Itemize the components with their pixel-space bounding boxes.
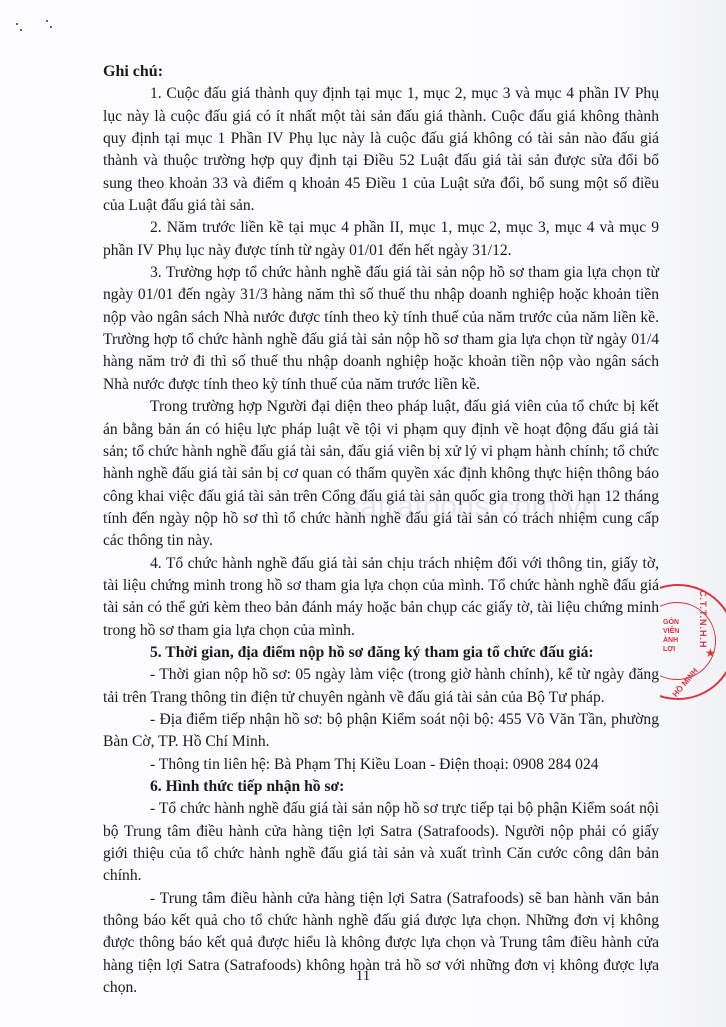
notes-heading: Ghi chú: [103,61,659,83]
stamp-inner-text: GÒN VIÊN ÀNH LỢI [663,618,679,654]
stamp-line: GÒN [663,618,679,627]
section-5-contact: - Thông tin liên hệ: Bà Phạm Thị Kiều Lo… [103,754,659,776]
note-3-continuation: Trong trường hợp Người đại diện theo phá… [103,396,659,552]
page-number: 11 [0,968,726,985]
stamp-line: LỢI [663,645,679,654]
section-6-title: 6. Hình thức tiếp nhận hồ sơ: [103,776,659,798]
section-5-submission-location: - Địa điểm tiếp nhận hồ sơ: bộ phận Kiểm… [103,709,659,754]
stamp-outer-text: C.T.T.N.H.H [698,590,708,649]
star-icon: ★ [705,646,716,661]
company-seal-stamp: C.T.T.N.H.H GÒN VIÊN ÀNH LỢI ★ HỒ MINH [660,582,726,706]
section-6-direct-submission: - Tổ chức hành nghề đấu giá tài sản nộp … [103,798,659,887]
document-body: Ghi chú: 1. Cuộc đấu giá thành quy định … [103,61,659,999]
scan-specks [16,20,56,34]
note-1: 1. Cuộc đấu giá thành quy định tại mục 1… [103,83,659,217]
section-5-submission-time: - Thời gian nộp hồ sơ: 05 ngày làm việc … [103,664,659,709]
section-5-title: 5. Thời gian, địa điểm nộp hồ sơ đăng ký… [103,642,659,664]
stamp-line: ÀNH [663,636,679,645]
stamp-line: VIÊN [663,627,679,636]
note-4: 4. Tổ chức hành nghề đấu giá tài sản chị… [103,553,659,642]
note-3: 3. Trường hợp tổ chức hành nghề đấu giá … [103,262,659,396]
document-page: Ghi chú: 1. Cuộc đấu giá thành quy định … [0,0,726,1027]
note-2: 2. Năm trước liền kề tại mục 4 phần II, … [103,217,659,262]
